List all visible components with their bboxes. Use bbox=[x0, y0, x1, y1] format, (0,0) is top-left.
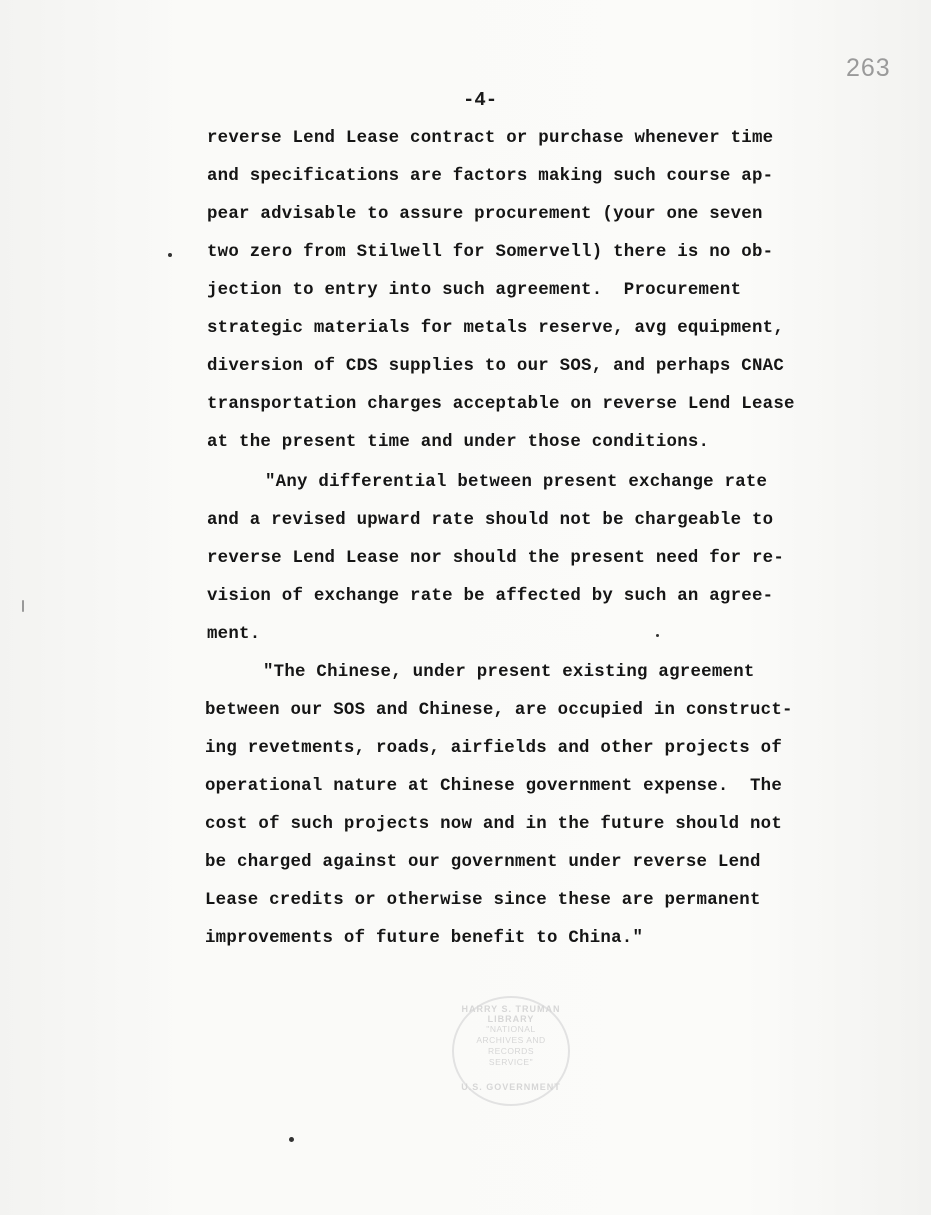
stamp-bottom-text: U.S. GOVERNMENT bbox=[454, 1082, 568, 1092]
page-number: -4- bbox=[463, 89, 497, 111]
text-line: at the present time and under those cond… bbox=[207, 432, 709, 454]
stamp-line: SERVICE" bbox=[468, 1057, 554, 1068]
text-line: improvements of future benefit to China.… bbox=[205, 928, 643, 950]
ink-speck bbox=[168, 253, 172, 257]
text-line: strategic materials for metals reserve, … bbox=[207, 318, 784, 340]
document-page: 263 -4- reverse Lend Lease contract or p… bbox=[0, 0, 931, 1215]
text-line: and a revised upward rate should not be … bbox=[207, 510, 773, 532]
text-line: and specifications are factors making su… bbox=[207, 166, 773, 188]
stamp-top-text: HARRY S. TRUMAN LIBRARY bbox=[454, 1004, 568, 1024]
text-line: pear advisable to assure procurement (yo… bbox=[207, 204, 763, 226]
text-line: Lease credits or otherwise since these a… bbox=[205, 890, 761, 912]
ink-speck bbox=[22, 600, 24, 612]
text-line: reverse Lend Lease nor should the presen… bbox=[207, 548, 784, 570]
text-line: reverse Lend Lease contract or purchase … bbox=[207, 128, 773, 150]
text-line: ment. bbox=[207, 624, 260, 646]
text-line: "The Chinese, under present existing agr… bbox=[263, 662, 755, 684]
text-line: cost of such projects now and in the fut… bbox=[205, 814, 782, 836]
text-line: between our SOS and Chinese, are occupie… bbox=[205, 700, 793, 722]
stamp-line: RECORDS bbox=[468, 1046, 554, 1057]
text-line: operational nature at Chinese government… bbox=[205, 776, 782, 798]
text-line: transportation charges acceptable on rev… bbox=[207, 394, 795, 416]
text-line: vision of exchange rate be affected by s… bbox=[207, 586, 773, 608]
stamp-line: ARCHIVES AND bbox=[468, 1035, 554, 1046]
stamp-line: "NATIONAL bbox=[468, 1024, 554, 1035]
archive-stamp: HARRY S. TRUMAN LIBRARY "NATIONAL ARCHIV… bbox=[452, 996, 570, 1106]
ink-speck bbox=[289, 1137, 294, 1142]
text-line: diversion of CDS supplies to our SOS, an… bbox=[207, 356, 784, 378]
stamp-center-text: "NATIONAL ARCHIVES AND RECORDS SERVICE" bbox=[468, 1024, 554, 1068]
text-line: two zero from Stilwell for Somervell) th… bbox=[207, 242, 773, 264]
ink-speck bbox=[656, 634, 659, 637]
text-line: ing revetments, roads, airfields and oth… bbox=[205, 738, 782, 760]
text-line: "Any differential between present exchan… bbox=[265, 472, 767, 494]
text-line: be charged against our government under … bbox=[205, 852, 761, 874]
text-line: jection to entry into such agreement. Pr… bbox=[207, 280, 741, 302]
archive-page-number: 263 bbox=[846, 54, 891, 83]
